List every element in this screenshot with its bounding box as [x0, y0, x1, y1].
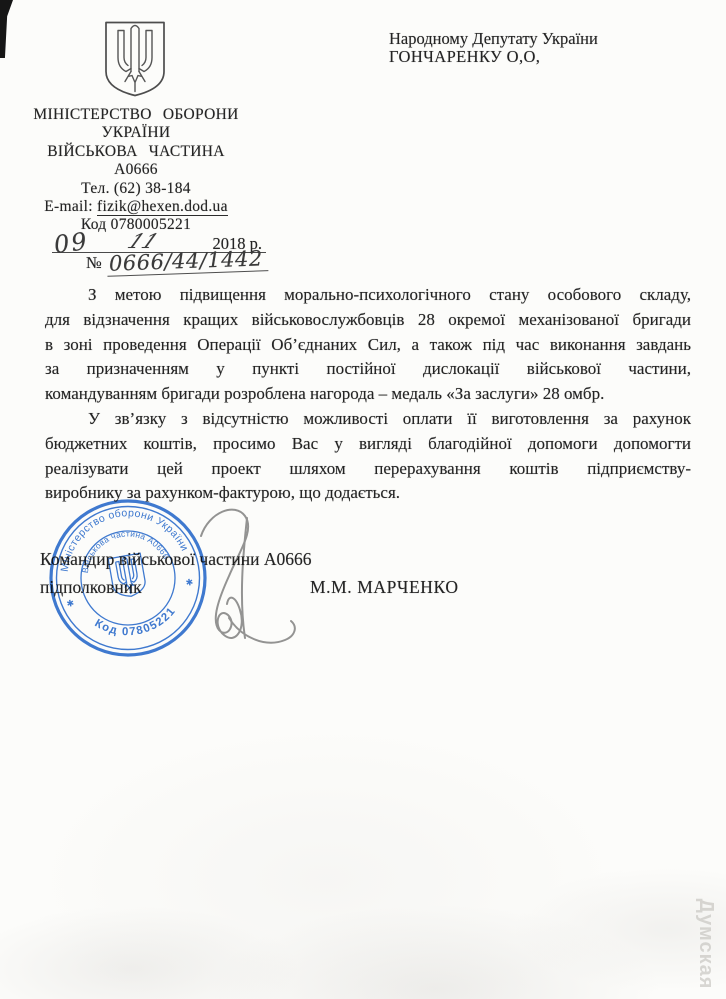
- email-line: E-mail: fizik@hexen.dod.ua: [10, 198, 262, 216]
- body-line: для відзначення кращих військовослужбовц…: [45, 308, 691, 333]
- paragraph: З метою підвищення морально-психологічно…: [45, 283, 691, 407]
- recipient-line2: ГОНЧАРЕНКУ О,О,: [389, 48, 699, 66]
- handwritten-number: 0666/44/1442: [106, 246, 268, 277]
- email-address: fizik@hexen.dod.ua: [97, 198, 228, 216]
- email-label: E-mail:: [44, 198, 93, 215]
- org-name-line2: УКРАЇНИ: [10, 124, 262, 142]
- body-line: З метою підвищення морально-психологічно…: [45, 283, 691, 308]
- stamp-star-left-icon: ✱: [66, 598, 75, 609]
- recipient-line1: Народному Депутату України: [389, 30, 699, 48]
- body-line: У зв’язку з відсутністю можливості оплат…: [45, 407, 691, 432]
- handwritten-day: 09: [52, 227, 90, 259]
- body-line: в зоні проведення Операції Об’єднаних Си…: [45, 333, 691, 358]
- scan-artifact-corner: [0, 0, 13, 58]
- body-line: за призначенням у пункті постійної дисло…: [45, 357, 691, 382]
- org-name-line1: МІНІСТЕРСТВО ОБОРОНИ: [10, 106, 262, 124]
- body-line: реалізувати цей проект шляхом перерахува…: [45, 457, 691, 482]
- body-line: командуванням бригади розроблена нагород…: [45, 382, 691, 407]
- outgoing-number-line: №0666/44/1442: [86, 249, 268, 274]
- phone-line: Тел. (62) 38-184: [10, 180, 262, 198]
- body-line: бюджетних коштів, просимо Вас у вигляді …: [45, 432, 691, 457]
- watermark-text: Думская: [695, 896, 717, 992]
- letterhead-block: МІНІСТЕРСТВО ОБОРОНИ УКРАЇНИ ВІЙСЬКОВА Ч…: [10, 106, 262, 235]
- recipient-block: Народному Депутату України ГОНЧАРЕНКУ О,…: [389, 30, 699, 65]
- trident-emblem-icon: [101, 19, 169, 98]
- body-text: З метою підвищення морально-психологічно…: [45, 283, 691, 506]
- unit-number: А0666: [10, 161, 262, 179]
- scanned-letter: Народному Депутату України ГОНЧАРЕНКУ О,…: [0, 0, 726, 999]
- org-name-line3: ВІЙСЬКОВА ЧАСТИНА: [10, 143, 262, 161]
- signature-scribble: [183, 500, 318, 655]
- paragraph: У зв’язку з відсутністю можливості оплат…: [45, 407, 691, 506]
- number-label: №: [86, 253, 102, 272]
- stamp-trident-icon: [108, 553, 147, 599]
- signer-name: М.М. МАРЧЕНКО: [310, 577, 459, 598]
